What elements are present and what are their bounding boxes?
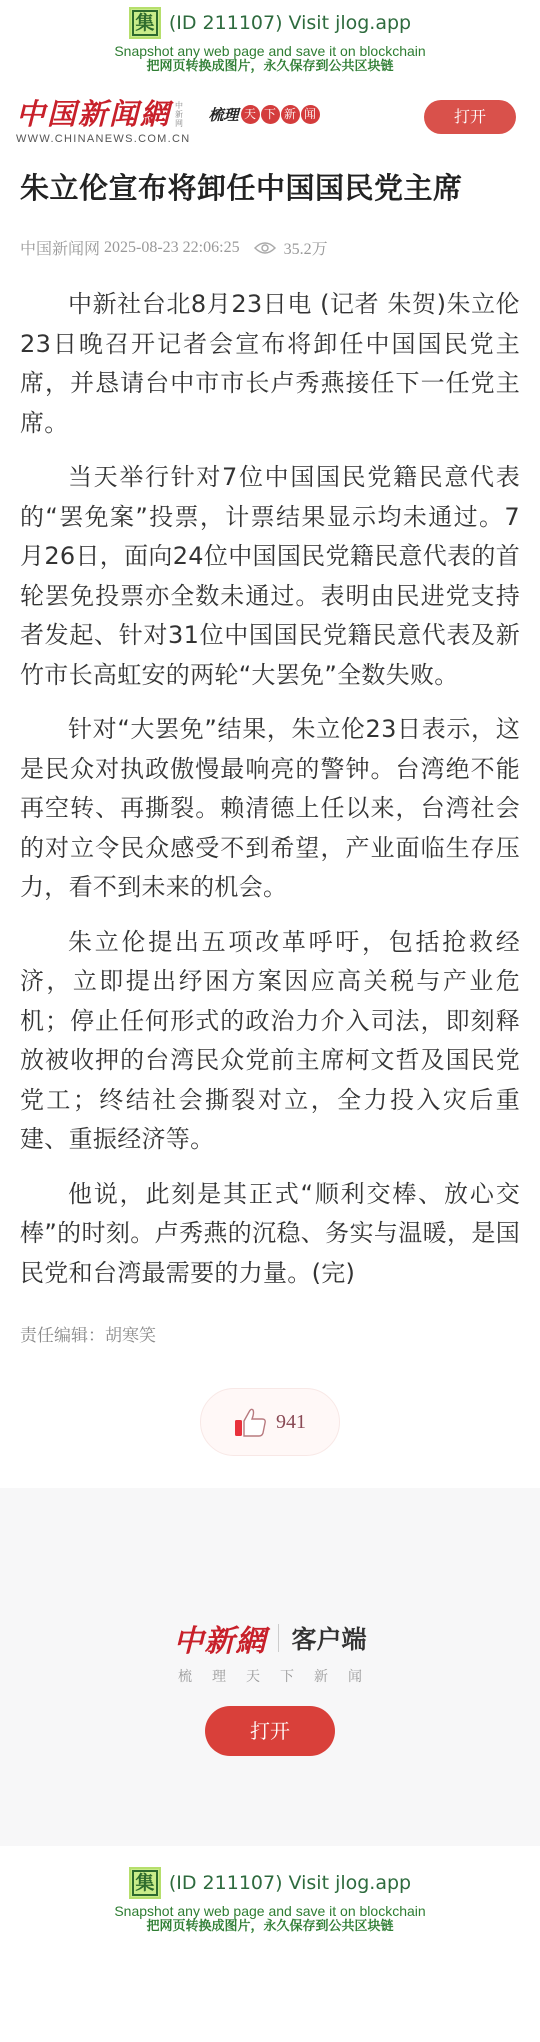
watermark-banner-bottom: 集 (ID 211107) Visit jlog.app Snapshot an… xyxy=(0,1846,540,1944)
article-paragraph: 当天举行针对7位中国国民党籍民意代表的“罢免案”投票，计票结果显示均未通过。7月… xyxy=(20,458,520,695)
article-title: 朱立伦宣布将卸任中国国民党主席 xyxy=(20,168,520,208)
thumbs-up-icon xyxy=(234,1407,268,1437)
watermark-tagline-en: Snapshot any web page and save it on blo… xyxy=(0,44,540,59)
slogan-circle: 闻 xyxy=(301,105,320,124)
app-promo-section: 中新網 客户端 梳理天下新闻 打开 xyxy=(0,1488,540,1846)
watermark-id-text[interactable]: (ID 211107) Visit jlog.app xyxy=(169,12,411,34)
like-button[interactable]: 941 xyxy=(200,1388,340,1456)
open-app-button-promo[interactable]: 打开 xyxy=(205,1706,335,1756)
site-logo[interactable]: 中国新闻網 中新网 WWW.CHINANEWS.COM.CN xyxy=(16,97,190,145)
article-paragraph: 朱立伦提出五项改革呼吁，包括抢救经济，立即提出纾困方案因应高关税与产业危机；停止… xyxy=(20,923,520,1160)
promo-client-label: 客户端 xyxy=(291,1620,366,1656)
article-meta: 中国新闻网 2025-08-23 22:06:25 35.2万 xyxy=(20,236,520,259)
divider xyxy=(278,1624,279,1652)
slogan-circle: 新 xyxy=(281,105,300,124)
like-count: 941 xyxy=(276,1411,306,1434)
watermark-tagline-en: Snapshot any web page and save it on blo… xyxy=(0,1904,540,1919)
jlog-logo-icon: 集 xyxy=(129,1867,161,1899)
brand-mini-label: 中新网 xyxy=(175,101,185,128)
brand-url: WWW.CHINANEWS.COM.CN xyxy=(16,133,190,145)
site-header: 中国新闻網 中新网 WWW.CHINANEWS.COM.CN 梳理 天 下 新 … xyxy=(0,86,540,156)
promo-brand: 中新網 xyxy=(173,1616,266,1660)
slogan-circle: 天 xyxy=(241,105,260,124)
slogan-circle: 下 xyxy=(261,105,280,124)
article-paragraph: 针对“大罢免”结果，朱立伦23日表示，这是民众对执政傲慢最响亮的警钟。台湾绝不能… xyxy=(20,710,520,908)
article-datetime: 2025-08-23 22:06:25 xyxy=(104,239,240,257)
responsible-editor: 责任编辑：胡寒笑 xyxy=(20,1321,520,1346)
promo-logo: 中新網 客户端 xyxy=(0,1616,540,1660)
article-body: 中新社台北8月23日电 (记者 朱贺)朱立伦23日晚召开记者会宣布将卸任中国国民… xyxy=(20,285,520,1293)
watermark-tagline-cn: 把网页转换成图片，永久保存到公共区块链 xyxy=(0,1919,540,1934)
article-source: 中国新闻网 xyxy=(20,236,100,259)
watermark-banner-top: 集 (ID 211107) Visit jlog.app Snapshot an… xyxy=(0,0,540,86)
article-paragraph: 他说，此刻是其正式“顺利交棒、放心交棒”的时刻。卢秀燕的沉稳、务实与温暖，是国民… xyxy=(20,1175,520,1294)
watermark-tagline-cn: 把网页转换成图片，永久保存到公共区块链 xyxy=(0,59,540,74)
article: 朱立伦宣布将卸任中国国民党主席 中国新闻网 2025-08-23 22:06:2… xyxy=(0,168,540,1456)
brand-name: 中国新闻網 xyxy=(16,97,171,131)
view-count: 35.2万 xyxy=(284,236,328,259)
promo-slogan: 梳理天下新闻 xyxy=(0,1666,540,1686)
jlog-logo-icon: 集 xyxy=(129,7,161,39)
article-paragraph: 中新社台北8月23日电 (记者 朱贺)朱立伦23日晚召开记者会宣布将卸任中国国民… xyxy=(20,285,520,443)
watermark-id-text[interactable]: (ID 211107) Visit jlog.app xyxy=(169,1872,411,1894)
eye-icon xyxy=(254,241,276,255)
header-slogan: 梳理 天 下 新 闻 xyxy=(208,104,320,125)
open-app-button-header[interactable]: 打开 xyxy=(424,100,516,134)
